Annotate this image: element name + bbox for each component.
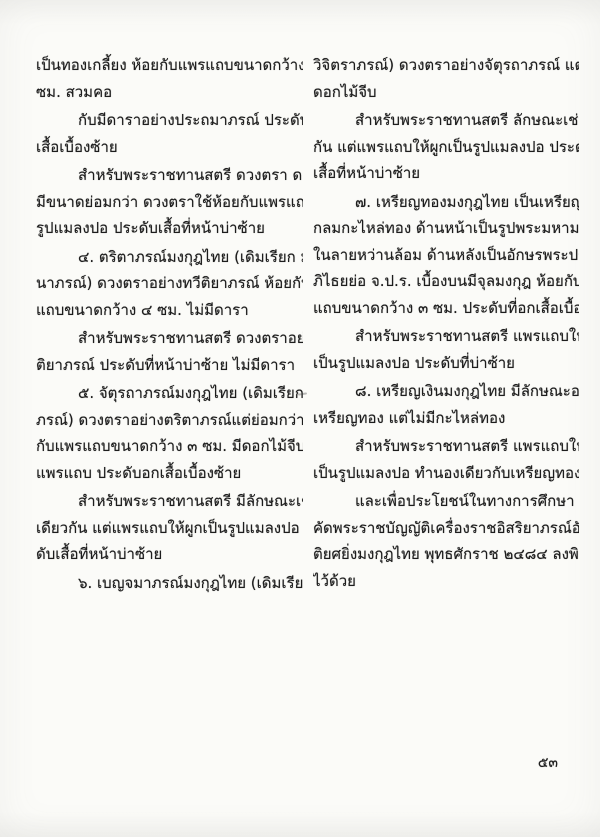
text-column-left: เป็นทองเกลี้ยง ห้อยกับแพรแถบขนาดกว้าง ๔ซ… bbox=[36, 52, 303, 596]
text-line: ๘. เหรียญเงินมงกุฎไทย มีลักษณะอย่าง bbox=[313, 378, 579, 405]
text-line: เป็นรูปแมลงปอ ทำนองเดียวกับเหรียญทอง bbox=[313, 460, 579, 487]
text-line: สำหรับพระราชทานสตรี แพรแถบให้ผูก bbox=[313, 433, 579, 460]
text-line: กลมกะไหล่ทอง ด้านหน้าเป็นรูปพระมหามงกุฎอ… bbox=[313, 215, 579, 242]
text-line: มีขนาดย่อมกว่า ดวงตราใช้ห้อยกับแพรแถบผูก… bbox=[36, 189, 303, 216]
text-line: ๕. จัตุรถาภรณ์มงกุฎไทย (เดิมเรียก ภัทรา- bbox=[36, 380, 303, 407]
text-line: สำหรับพระราชทานสตรี มีลักษณะเช่น bbox=[36, 488, 303, 515]
text-line: ในลายหว่านล้อม ด้านหลังเป็นอักษรพระปรมา- bbox=[313, 242, 579, 269]
text-line: กับแพรแถบขนาดกว้าง ๓ ซม. มีดอกไม้จีบติดบ… bbox=[36, 433, 303, 460]
text-line: สำหรับพระราชทานสตรี แพรแถบให้ผูก bbox=[313, 323, 579, 350]
text-line: ติยาภรณ์ ประดับที่หน้าบ่าซ้าย ไม่มีดารา bbox=[36, 352, 303, 379]
text-line: เสื้อเบื้องซ้าย bbox=[36, 134, 303, 161]
text-line: เสื้อที่หน้าบ่าซ้าย bbox=[313, 160, 579, 187]
text-line: กัน แต่แพรแถบให้ผูกเป็นรูปแมลงปอ ประดับ bbox=[313, 134, 579, 161]
text-line: ๔. ตริตาภรณ์มงกุฎไทย (เดิมเรียก มัณฑ- bbox=[36, 244, 303, 271]
scanned-book-page: เป็นทองเกลี้ยง ห้อยกับแพรแถบขนาดกว้าง ๔ซ… bbox=[0, 0, 600, 837]
text-line: และเพื่อประโยชน์ในทางการศึกษา จึงได้ bbox=[313, 488, 579, 515]
page-number: ๕๓ bbox=[0, 752, 558, 774]
text-line: เป็นรูปแมลงปอ ประดับที่บ่าซ้าย bbox=[313, 350, 579, 377]
text-line: ๖. เบญจมาภรณ์มงกุฎไทย (เดิมเรียก bbox=[36, 570, 303, 597]
text-line: ซม. สวมคอ bbox=[36, 79, 303, 106]
text-body: เป็นทองเกลี้ยง ห้อยกับแพรแถบขนาดกว้าง ๔ซ… bbox=[36, 52, 579, 596]
text-line: เหรียญทอง แต่ไม่มีกะไหล่ทอง bbox=[313, 405, 579, 432]
text-line: ดอกไม้จีบ bbox=[313, 79, 579, 106]
text-line: สำหรับพระราชทานสตรี ดวงตรา ดารา bbox=[36, 162, 303, 189]
text-line: สำหรับพระราชทานสตรี ดวงตราอย่างทวี- bbox=[36, 325, 303, 352]
text-line: ๗. เหรียญทองมงกุฎไทย เป็นเหรียญเงิน bbox=[313, 189, 579, 216]
text-line: สำหรับพระราชทานสตรี ลักษณะเช่นเดียว bbox=[313, 107, 579, 134]
text-line: แถบขนาดกว้าง ๔ ซม. ไม่มีดารา bbox=[36, 297, 303, 324]
text-line: เดียวกัน แต่แพรแถบให้ผูกเป็นรูปแมลงปอ ปร… bbox=[36, 515, 303, 542]
text-line: แพรแถบ ประดับอกเสื้อเบื้องซ้าย bbox=[36, 460, 303, 487]
text-line: วิจิตราภรณ์) ดวงตราอย่างจัตุรถาภรณ์ แต่ไ… bbox=[313, 52, 579, 79]
text-line: ดับเสื้อที่หน้าบ่าซ้าย bbox=[36, 541, 303, 568]
text-column-right: วิจิตราภรณ์) ดวงตราอย่างจัตุรถาภรณ์ แต่ไ… bbox=[313, 52, 579, 596]
text-line: รูปแมลงปอ ประดับเสื้อที่หน้าบ่าซ้าย bbox=[36, 215, 303, 242]
text-line: ไว้ด้วย bbox=[313, 568, 579, 595]
text-line: ติยศยิ่งมงกุฎไทย พุทธศักราช ๒๔๘๔ ลงพิมพ์ bbox=[313, 541, 579, 568]
text-line: ภิไธยย่อ จ.ป.ร. เบื้องบนมีจุลมงกุฎ ห้อยก… bbox=[313, 268, 579, 295]
text-line: ภรณ์) ดวงตราอย่างตริตาภรณ์แต่ย่อมกว่า ห้… bbox=[36, 407, 303, 434]
text-line: คัดพระราชบัญญัติเครื่องราชอิสริยาภรณ์อัน… bbox=[313, 515, 579, 542]
text-line: กับมีดาราอย่างประถมาภรณ์ ประดับที่อก bbox=[36, 107, 303, 134]
text-line: แถบขนาดกว้าง ๓ ซม. ประดับที่อกเสื้อเบื้อ… bbox=[313, 295, 579, 322]
text-line: นาภรณ์) ดวงตราอย่างทวีติยาภรณ์ ห้อยกับแพ… bbox=[36, 270, 303, 297]
text-line: เป็นทองเกลี้ยง ห้อยกับแพรแถบขนาดกว้าง ๔ bbox=[36, 52, 303, 79]
